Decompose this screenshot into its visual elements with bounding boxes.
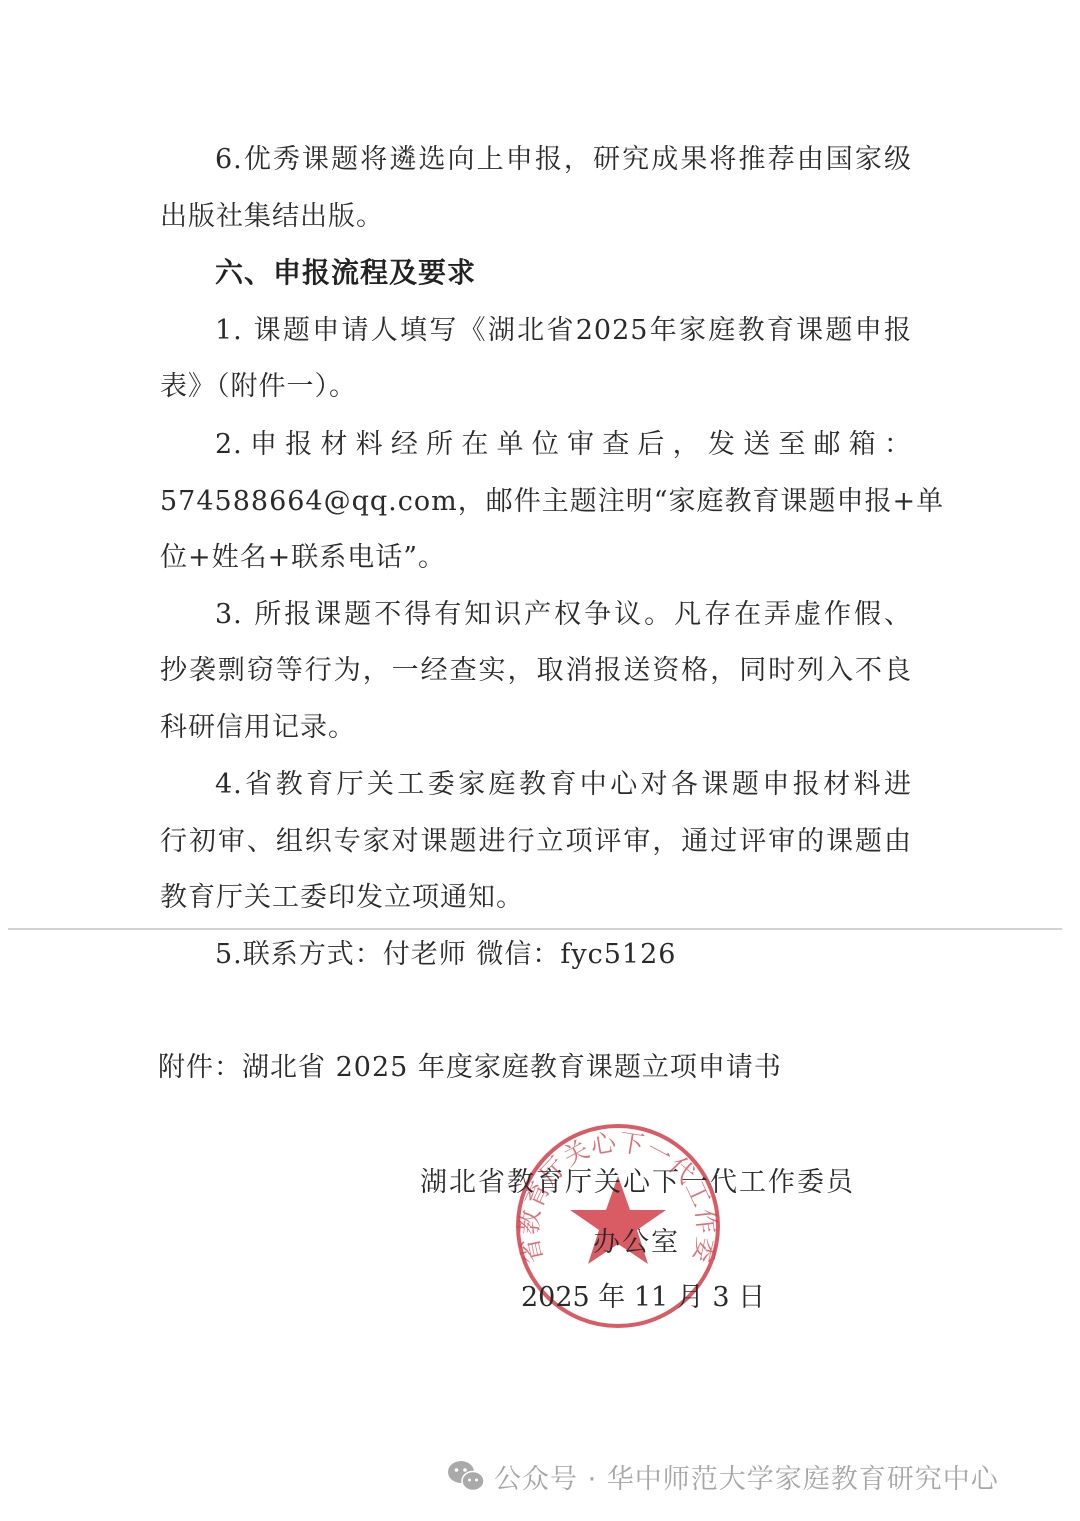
signature-date: 2025 年 11 月 3 日 [521, 1281, 765, 1315]
signature-org-line1: 湖北省教育厅关心下一代工作委员 [420, 1166, 855, 1200]
item4-line2: 行初审、组织专家对课题进行立项评审，通过评审的课题由 [160, 825, 912, 859]
attachment-line: 附件：湖北省 2025 年度家庭教育课题立项申请书 [158, 1051, 910, 1085]
section-heading: 六、申报流程及要求 [215, 256, 476, 290]
item3-line3: 科研信用记录。 [160, 711, 912, 745]
item4-line3: 教育厅关工委印发立项通知。 [160, 881, 912, 915]
item1-line2: 表》（附件一）。 [160, 370, 912, 404]
item2-line1: 2.申报材料经所在单位审查后，发送至邮箱： [215, 428, 912, 462]
footer-label: 公众号 · 华中师范大学家庭教育研究中心 [494, 1457, 999, 1496]
wechat-icon [446, 1459, 486, 1493]
item6-line1: 6.优秀课题将遴选向上申报，研究成果将推荐由国家级 [215, 143, 912, 177]
item1-line1: 1. 课题申请人填写《湖北省2025年家庭教育课题申报 [215, 314, 912, 348]
item3-line1: 3. 所报课题不得有知识产权争议。凡存在弄虚作假、 [215, 598, 912, 632]
item2-line2: 574588664@qq.com，邮件主题注明“家庭教育课题申报+单 [160, 485, 912, 519]
item2-line3: 位+姓名+联系电话”。 [160, 541, 912, 575]
item4-line1: 4.省教育厅关工委家庭教育中心对各课题申报材料进 [215, 768, 912, 802]
item5-contact: 5.联系方式：付老师 微信：fyc5126 [215, 938, 912, 972]
page-separator [8, 928, 1062, 930]
item3-line2: 抄袭剽窃等行为，一经查实，取消报送资格，同时列入不良 [160, 654, 912, 688]
item6-line2: 出版社集结出版。 [160, 200, 912, 234]
footer-watermark: 公众号 · 华中师范大学家庭教育研究中心 [446, 1456, 999, 1496]
signature-org-line2: 办公室 [593, 1226, 680, 1260]
